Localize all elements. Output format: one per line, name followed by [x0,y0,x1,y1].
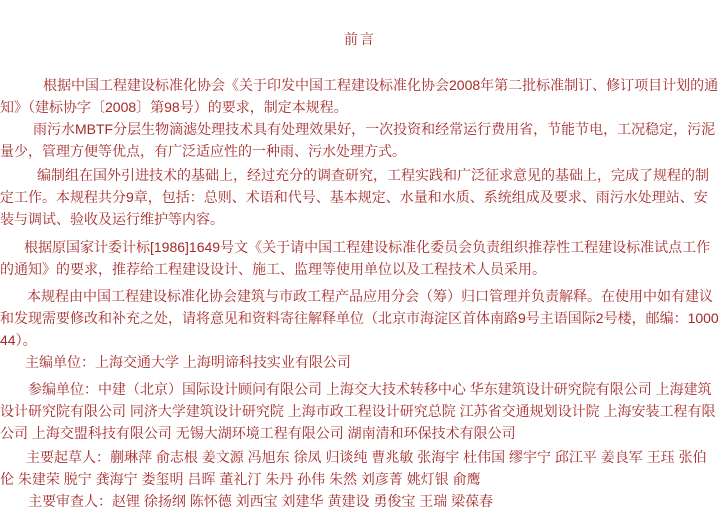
paragraph-participating-units: 参编单位：中建（北京）国际设计顾问有限公司 上海交大技术转移中心 华东建筑设计研… [0,378,720,444]
paragraph-interpretation-contact: 本规程由中国工程建设标准化协会建筑与市政工程产品应用分会（筹）归口管理并负责解释… [0,285,720,351]
page-title: 前言 [0,28,720,50]
preface-page: 前言 根据中国工程建设标准化协会《关于印发中国工程建设标准化协会2008年第二批… [0,0,720,531]
paragraph-recommendation-notice: 根据原国家计委计标[1986]1649号文《关于请中国工程建设标准化委员会负责组… [0,236,720,280]
paragraph-main-drafters: 主要起草人：蒯琳萍 俞志根 姜文源 冯旭东 徐凤 归谈纯 曹兆敏 张海宇 杜伟国… [0,446,720,490]
paragraph-chief-editing-units: 主编单位：上海交通大学 上海明谛科技实业有限公司 [0,351,720,373]
paragraph-compilation-process: 编制组在国外引进技术的基础上，经过充分的调查研究，工程实践和广泛征求意见的基础上… [0,164,720,230]
paragraph-technology-overview: 雨污水MBTF分层生物滴滤处理技术具有处理效果好，一次投资和经常运行费用省，节能… [0,118,720,162]
paragraph-main-reviewers: 主要审查人：赵锂 徐扬纲 陈怀德 刘西宝 刘建华 黄建设 勇俊宝 王瑞 梁葆春 [0,490,720,512]
paragraph-basis-notice: 根据中国工程建设标准化协会《关于印发中国工程建设标准化协会2008年第二批标准制… [0,74,720,118]
